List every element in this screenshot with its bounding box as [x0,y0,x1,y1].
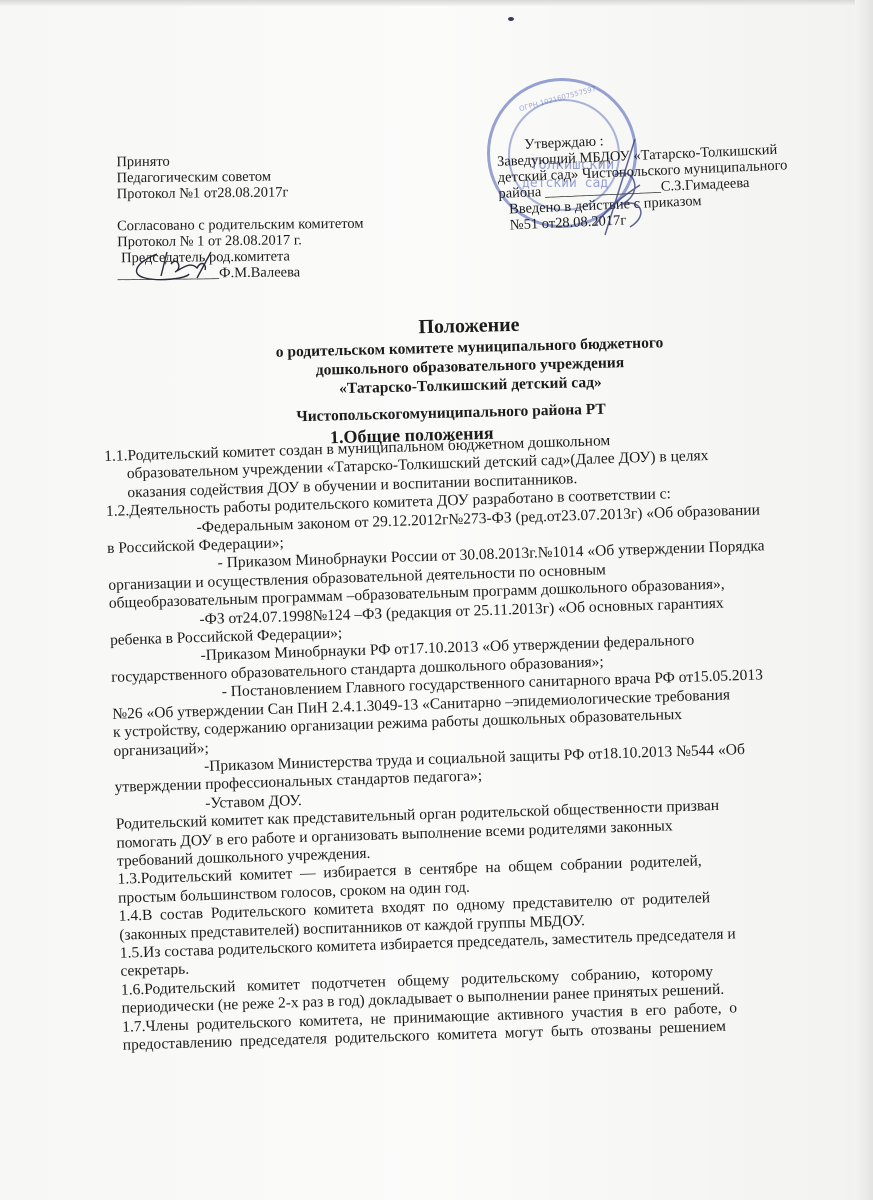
signature-icon [127,248,237,282]
agreed-label: Согласовано с родительским комитетом [117,216,364,235]
document-body: 1.1.Родительский комитет создан в муници… [104,424,873,1055]
director-signature-icon [575,135,665,245]
document-title-block: Положение о родительском комитете муници… [239,308,702,427]
scanned-page: Принято Педагогическим советом Протокол … [0,0,873,1200]
page-top-edge [0,0,873,6]
scan-speck [508,17,514,21]
